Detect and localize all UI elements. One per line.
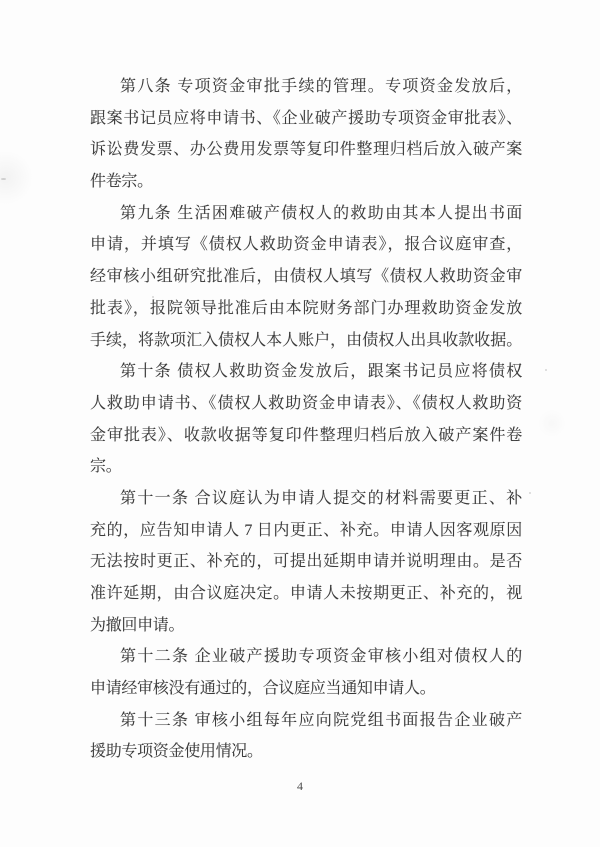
scanned-document-page: 第八条 专项资金审批手续的管理。专项资金发放后，跟案书记员应将申请书、《企业破产…: [0, 0, 600, 847]
scan-speck: [545, 369, 547, 371]
document-line: 手续，将款项汇入债权人本人账户，由债权人出具收款收据。: [90, 325, 522, 357]
document-line: 经审核小组研究批准后，由债权人填写《债权人救助资金审: [90, 261, 522, 293]
page-number: 4: [0, 779, 600, 794]
document-line: 第十一条 合议庭认为申请人提交的材料需要更正、补: [90, 483, 522, 515]
document-line: 第十三条 审核小组每年应向院党组书面报告企业破产: [90, 705, 522, 737]
scan-speck: [529, 492, 531, 494]
document-line: 第十二条 企业破产援助专项资金审核小组对债权人的: [90, 641, 522, 673]
document-line: 申请，并填写《债权人救助资金申请表》，报合议庭审查，: [90, 229, 522, 261]
document-line: 第十条 债权人救助资金发放后，跟案书记员应将债权: [90, 356, 522, 388]
document-line: 人救助申请书、《债权人救助资金申请表》、《债权人救助资: [90, 388, 522, 420]
document-line: 金审批表》、收款收据等复印件整理归档后放入破产案件卷: [90, 420, 522, 452]
document-line: 援助专项资金使用情况。: [90, 736, 522, 768]
document-line: 第九条 生活困难破产债权人的救助由其本人提出书面: [90, 198, 522, 230]
document-line: 诉讼费发票、办公费用发票等复印件整理归档后放入破产案: [90, 134, 522, 166]
document-line: 准许延期，由合议庭决定。申请人未按期更正、补充的，视: [90, 578, 522, 610]
document-line: 为撤回申请。: [90, 610, 522, 642]
document-line: 无法按时更正、补充的，可提出延期申请并说明理由。是否: [90, 546, 522, 578]
document-line: 申请经审核没有通过的，合议庭应当通知申请人。: [90, 673, 522, 705]
document-line: 件卷宗。: [90, 166, 522, 198]
document-line: 第八条 专项资金审批手续的管理。专项资金发放后，: [90, 71, 522, 103]
document-line: 充的，应告知申请人 7 日内更正、补充。申请人因客观原因: [90, 515, 522, 547]
document-line: 批表》，报院领导批准后由本院财务部门办理救助资金发放: [90, 293, 522, 325]
document-line: 跟案书记员应将申请书、《企业破产援助专项资金审批表》、: [90, 103, 522, 135]
document-body: 第八条 专项资金审批手续的管理。专项资金发放后，跟案书记员应将申请书、《企业破产…: [90, 71, 522, 768]
document-line: 宗。: [90, 451, 522, 483]
scan-speck: [1, 178, 6, 180]
